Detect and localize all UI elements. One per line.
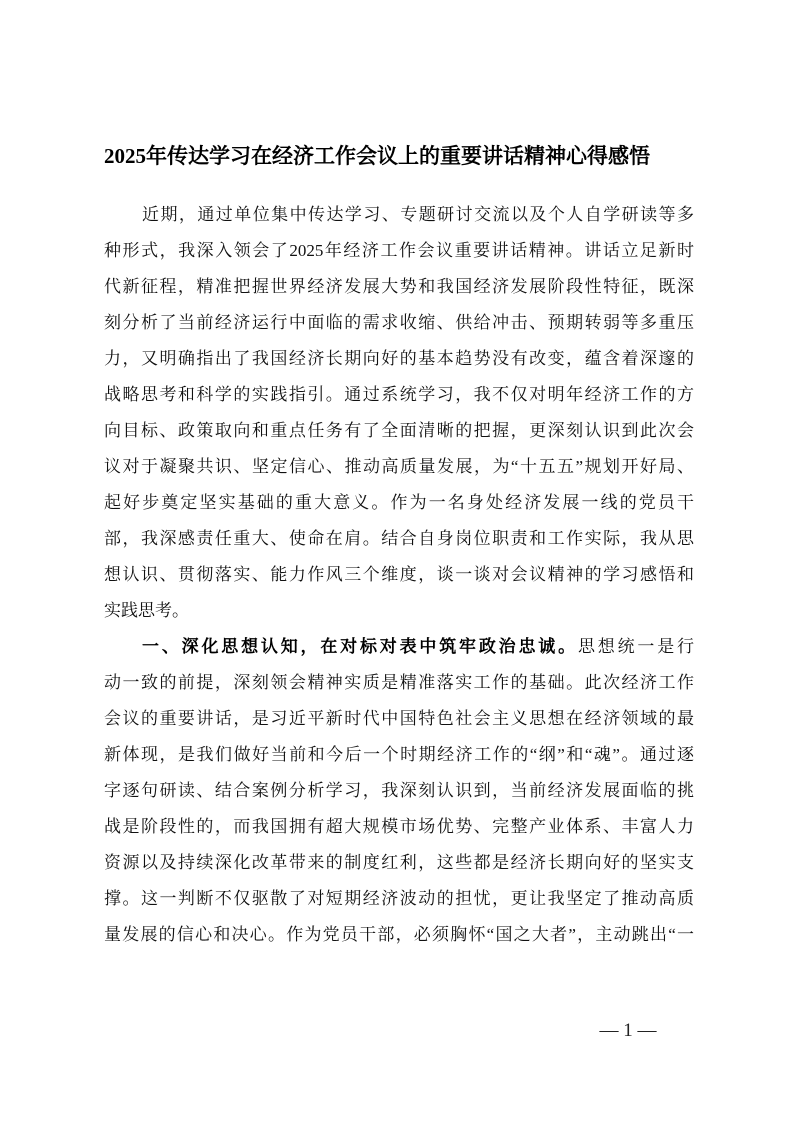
text-line: 量发展的信心和决心。作为党员干部，必须胸怀“国之大者”，主动跳出“一 [104,917,694,953]
text-line: 向目标、政策取向和重点任务有了全面清晰的把握，更深刻认识到此次会 [104,413,694,449]
text-line: 想认识、贯彻落实、能力作风三个维度，谈一谈对会议精神的学习感悟和 [104,557,694,593]
text-line: 实践思考。 [104,593,694,629]
text-line: 资源以及持续深化改革带来的制度红利，这些都是经济长期向好的坚实支 [104,845,694,881]
section-1-heading: 一、深化思想认知，在对标对表中筑牢政治忠诚。 [142,637,578,656]
text-line: 力，又明确指出了我国经济长期向好的基本趋势没有改变，蕴含着深邃的 [104,341,694,377]
text-run: 思想统一是行 [578,637,694,656]
text-line: 战略思考和科学的实践指引。通过系统学习，我不仅对明年经济工作的方 [104,377,694,413]
text-line: 战是阶段性的，而我国拥有超大规模市场优势、完整产业体系、丰富人力 [104,809,694,845]
text-line: 部，我深感责任重大、使命在肩。结合自身岗位职责和工作实际，我从思 [104,521,694,557]
paragraph-intro: 近期，通过单位集中传达学习、专题研讨交流以及个人自学研读等多 种形式，我深入领会… [104,197,694,629]
text-line: 代新征程，精准把握世界经济发展大势和我国经济发展阶段性特征，既深 [104,269,694,305]
document-title: 2025年传达学习在经济工作会议上的重要讲话精神心得感悟 [104,144,694,168]
text-line: 近期，通过单位集中传达学习、专题研讨交流以及个人自学研读等多 [104,197,694,233]
text-line: 刻分析了当前经济运行中面临的需求收缩、供给冲击、预期转弱等多重压 [104,305,694,341]
text-line: 字逐句研读、结合案例分析学习，我深刻认识到，当前经济发展面临的挑 [104,773,694,809]
document-page: 2025年传达学习在经济工作会议上的重要讲话精神心得感悟 近期，通过单位集中传达… [0,0,794,1122]
document-body: 2025年传达学习在经济工作会议上的重要讲话精神心得感悟 近期，通过单位集中传达… [104,144,694,953]
page-number: — 1 — [600,1020,657,1041]
page-footer: — 1 — [588,1020,668,1042]
text-line: 种形式，我深入领会了2025年经济工作会议重要讲话精神。讲话立足新时 [104,233,694,269]
text-line: 动一致的前提，深刻领会精神实质是精准落实工作的基础。此次经济工作 [104,665,694,701]
text-line: 撑。这一判断不仅驱散了对短期经济波动的担忧，更让我坚定了推动高质 [104,881,694,917]
paragraph-section-1: 一、深化思想认知，在对标对表中筑牢政治忠诚。思想统一是行 动一致的前提，深刻领会… [104,629,694,953]
text-line: 起好步奠定坚实基础的重大意义。作为一名身处经济发展一线的党员干 [104,485,694,521]
text-line: 议对于凝聚共识、坚定信心、推动高质量发展，为“十五五”规划开好局、 [104,449,694,485]
text-line: 新体现，是我们做好当前和今后一个时期经济工作的“纲”和“魂”。通过逐 [104,737,694,773]
text-line: 一、深化思想认知，在对标对表中筑牢政治忠诚。思想统一是行 [104,629,694,665]
text-line: 会议的重要讲话，是习近平新时代中国特色社会主义思想在经济领域的最 [104,701,694,737]
